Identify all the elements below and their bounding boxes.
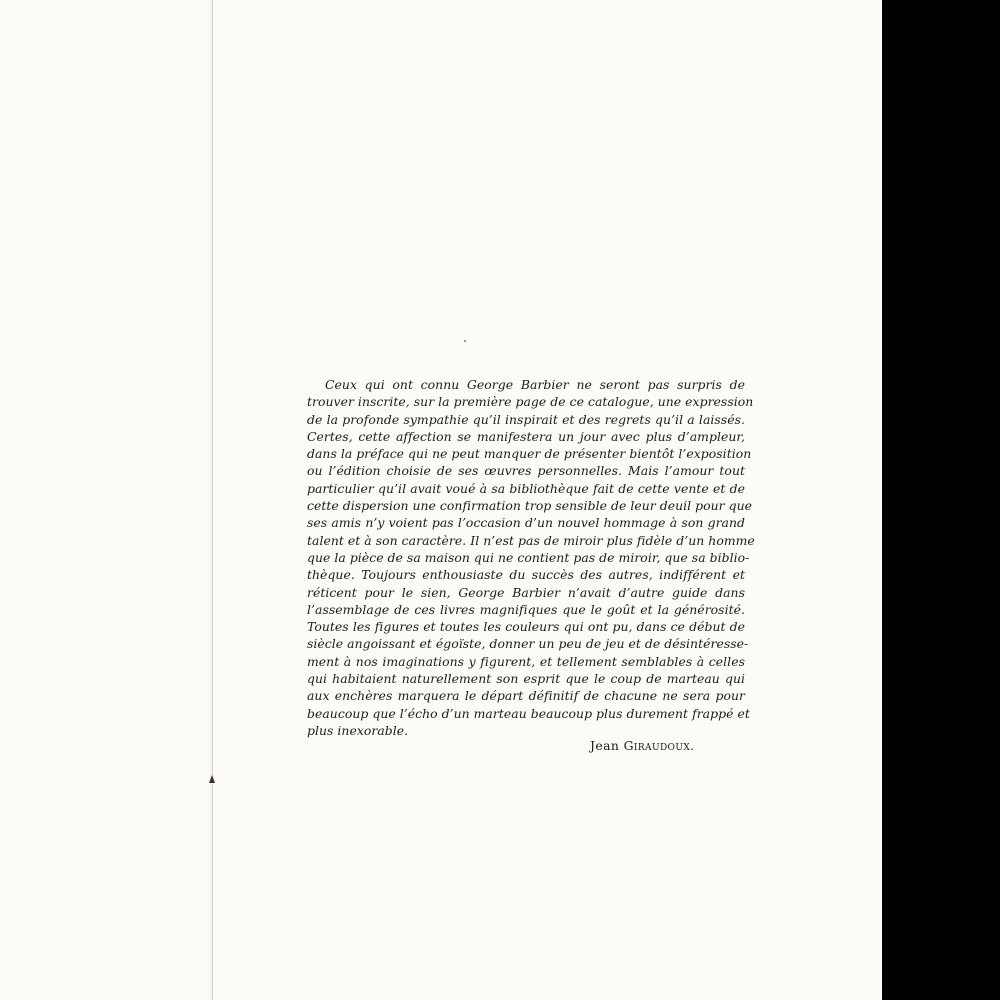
paragraph-line: qui habitaient naturellement son esprit … — [307, 670, 745, 687]
paragraph-line: particulier qu’il avait voué à sa biblio… — [307, 480, 745, 497]
paragraph-line: aux enchères marquera le départ définiti… — [307, 687, 745, 704]
paragraph-line: ses amis n’y voient pas l’occasion d’un … — [307, 514, 745, 531]
paragraph-line: réticent pour le sien, George Barbier n’… — [307, 584, 745, 601]
paper-sheet: Ceux qui ont connu George Barbier ne ser… — [0, 0, 882, 1000]
author-signature: Jean Giraudoux. — [590, 738, 694, 753]
paragraph-line: ment à nos imaginations y figurent, et t… — [307, 653, 745, 670]
paragraph-line: Ceux qui ont connu George Barbier ne ser… — [307, 376, 745, 393]
signature-first-name: Jean — [590, 738, 619, 753]
paragraph-line: siècle angoissant et égoïste, donner un … — [307, 635, 745, 652]
paragraph-line: dans la préface qui ne peut manquer de p… — [307, 445, 745, 462]
paragraph-line: Certes, cette affection se manifestera u… — [307, 428, 745, 445]
tribute-paragraph: Ceux qui ont connu George Barbier ne ser… — [307, 376, 745, 739]
paragraph-line: ou l’édition choisie de ses œuvres perso… — [307, 462, 745, 479]
paragraph-line: cette dispersion une confirmation trop s… — [307, 497, 745, 514]
paragraph-line: plus inexorable. — [307, 722, 745, 739]
margin-mark — [209, 775, 215, 783]
paragraph-line: Toutes les figures et toutes les couleur… — [307, 618, 745, 635]
page-fold-line — [212, 0, 213, 1000]
paragraph-line: l’assemblage de ces livres magnifiques q… — [307, 601, 745, 618]
signature-last-name: Giraudoux. — [624, 738, 695, 753]
paragraph-line: trouver inscrite, sur la première page d… — [307, 393, 745, 410]
paragraph-line: thèque. Toujours enthousiaste du succès … — [307, 566, 745, 583]
paragraph-line: talent et à son caractère. Il n’est pas … — [307, 532, 745, 549]
paragraph-line: de la profonde sympathie qu’il inspirait… — [307, 411, 745, 428]
paragraph-line: que la pièce de sa maison qui ne contien… — [307, 549, 745, 566]
scanned-page: Ceux qui ont connu George Barbier ne ser… — [0, 0, 1000, 1000]
paragraph-line: beaucoup que l’écho d’un marteau beaucou… — [307, 705, 745, 722]
paper-speck — [464, 340, 466, 342]
